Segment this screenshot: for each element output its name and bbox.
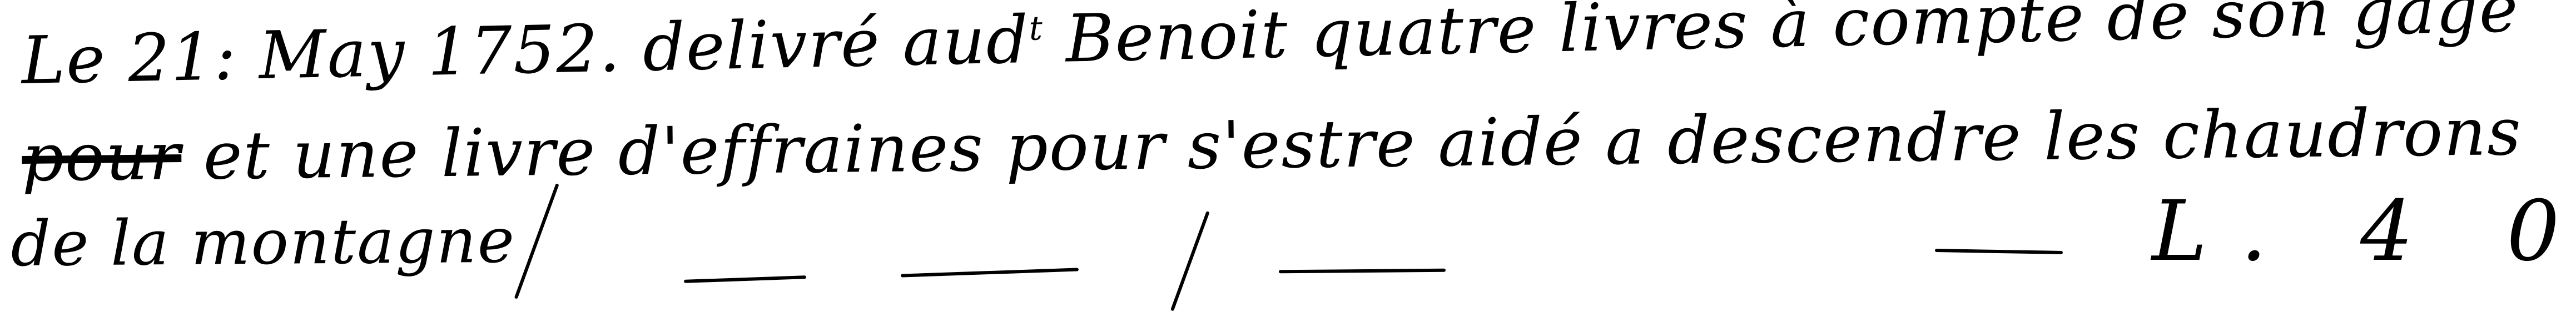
ledger-page: Le 21: May 1752. delivré audt Benoit qua… xyxy=(0,0,2576,322)
reason-text: et une livre d'effraines pour s'estre ai… xyxy=(181,93,2523,194)
entry-line-1: Le 21: May 1752. delivré audt Benoit qua… xyxy=(21,0,2520,99)
pen-descender-stroke xyxy=(514,183,559,299)
date-and-delivery-text: Le 21: May 1752. delivré aud xyxy=(21,1,1030,99)
amount-value: 4 0. xyxy=(2360,183,2576,280)
location-text: de la montagne xyxy=(11,205,515,280)
filler-dash xyxy=(1279,269,1446,274)
payee-and-amount-text: Benoit quatre livres à compte de son gag… xyxy=(1043,0,2520,77)
struck-through-word: pour xyxy=(22,118,182,196)
entry-line-2: pour et une livre d'effraines pour s'est… xyxy=(22,93,2523,196)
pen-descender-stroke xyxy=(1170,211,1210,311)
filler-dash xyxy=(684,275,806,283)
abbreviation-superscript: t xyxy=(1029,9,1044,48)
filler-dash xyxy=(1935,249,2063,254)
entry-line-3: de la montagne xyxy=(11,205,515,280)
livre-currency-symbol: L. xyxy=(2152,183,2300,280)
amount-total: L. 4 0. xyxy=(2152,183,2576,280)
filler-dash xyxy=(901,268,1079,277)
